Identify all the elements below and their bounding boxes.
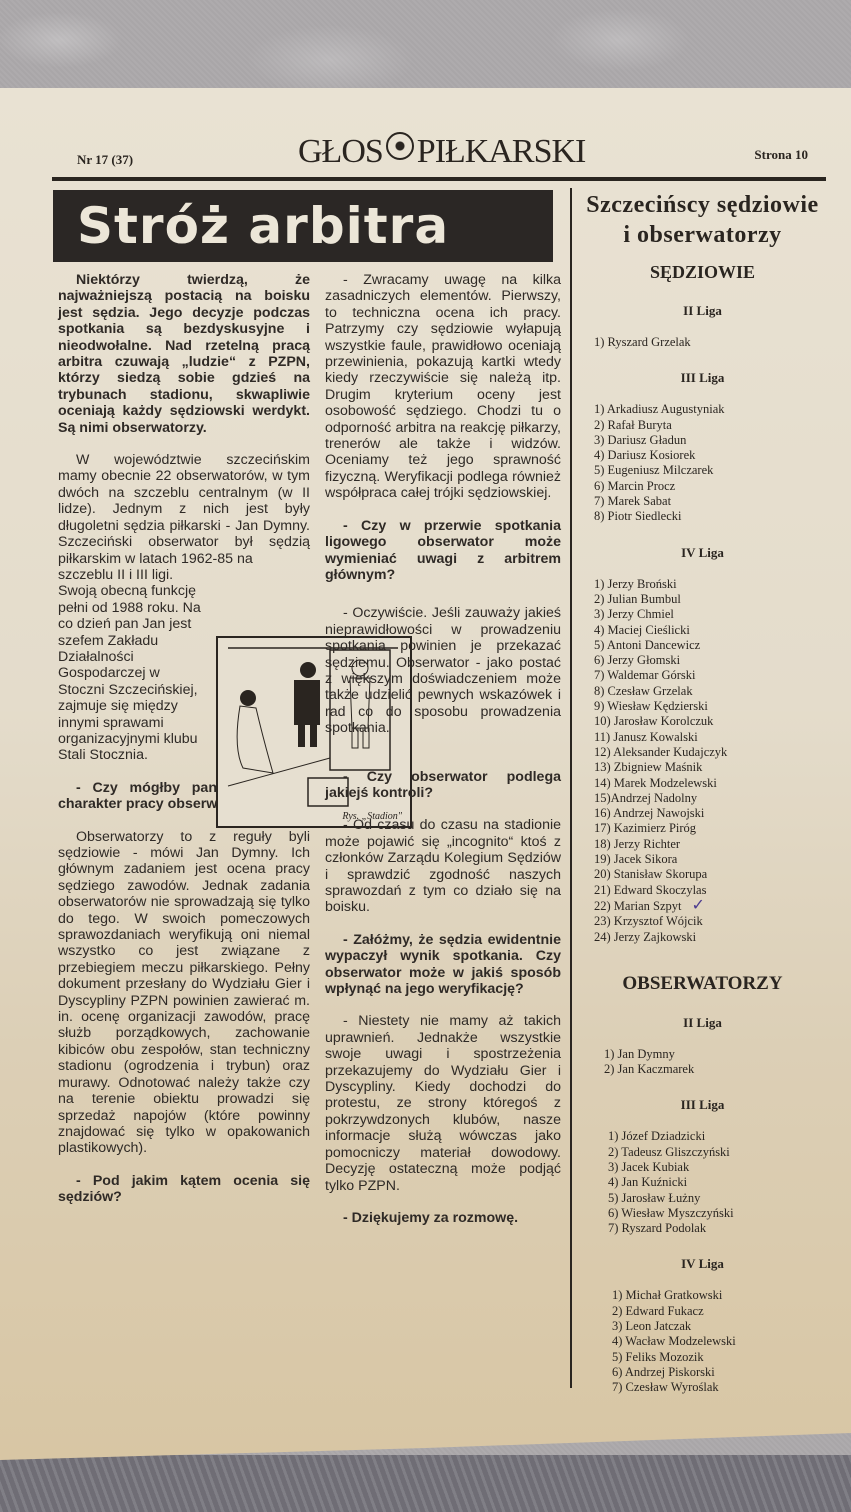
list-item: 6) Andrzej Piskorski (612, 1365, 825, 1380)
list-item: 5) Eugeniusz Milczarek (594, 463, 825, 478)
list-item: 9) Wiesław Kędzierski (594, 699, 825, 714)
list-item: 4) Maciej Cieślicki (594, 623, 825, 638)
league-heading: II Liga (580, 1015, 825, 1031)
column-divider (570, 188, 572, 1388)
article-paragraph-wrapped: szczeblu II i III ligi. Swoją obecną fun… (58, 567, 208, 764)
list-item: 1) Józef Dziadzicki (608, 1129, 825, 1144)
list-item: 6) Marcin Procz (594, 479, 825, 494)
list-item: 7) Waldemar Górski (594, 668, 825, 683)
list-item: 7) Ryszard Podolak (608, 1221, 825, 1236)
list-item: 11) Janusz Kowalski (594, 730, 825, 745)
list-item: 13) Zbigniew Maśnik (594, 760, 825, 775)
list-item: 3) Jacek Kubiak (608, 1160, 825, 1175)
list-item: 2) Jan Kaczmarek (604, 1062, 825, 1077)
interview-question: - Załóżmy, że sędzia ewidentnie wypaczył… (325, 932, 561, 998)
list-item: 2) Julian Bumbul (594, 592, 825, 607)
list-item: 8) Czesław Grzelak (594, 684, 825, 699)
article-paragraph: W województwie szczecińskim mamy obecnie… (58, 452, 310, 567)
league-heading: IV Liga (580, 545, 825, 561)
interview-question: - Pod jakim kątem ocenia się sędziów? (58, 1173, 310, 1206)
football-icon (386, 132, 414, 160)
league-heading: II Liga (580, 303, 825, 319)
league-heading: III Liga (580, 370, 825, 386)
list-item: 6) Jerzy Głomski (594, 653, 825, 668)
referee-list-ii-liga: 1) Ryszard Grzelak (580, 335, 825, 350)
issue-number: Nr 17 (37) (77, 152, 133, 168)
referees-heading: SĘDZIOWIE (580, 262, 825, 283)
article-paragraph: - Od czasu do czasu na stadionie może po… (325, 817, 561, 915)
article-lead: Niektórzy twierdzą, że najważniejszą pos… (58, 272, 310, 436)
checkmark-icon: ✓ (691, 897, 704, 914)
article-paragraph: - Niestety nie mamy aż takich uprawnień.… (325, 1013, 561, 1193)
masthead: Nr 17 (37) GŁOSPIŁKARSKI Strona 10 (52, 132, 822, 176)
list-item: 6) Wiesław Myszczyński (608, 1206, 825, 1221)
list-item: 4) Jan Kuźnicki (608, 1175, 825, 1190)
list-item: 2) Edward Fukacz (612, 1304, 825, 1319)
article-headline: Stróż arbitra (53, 190, 553, 262)
list-item: 2) Tadeusz Gliszczyński (608, 1145, 825, 1160)
list-item: 2) Rafał Buryta (594, 418, 825, 433)
list-item: 7) Czesław Wyroślak (612, 1380, 825, 1395)
list-item: 3) Jerzy Chmiel (594, 607, 825, 622)
list-item: 7) Marek Sabat (594, 494, 825, 509)
referee-list-iii-liga: 1) Arkadiusz Augustyniak 2) Rafał Buryta… (580, 402, 825, 524)
referee-list-iv-liga: 1) Jerzy Broński 2) Julian Bumbul 3) Jer… (580, 577, 825, 945)
list-item: 10) Jarosław Korolczuk (594, 714, 825, 729)
list-item: 4) Dariusz Kosiorek (594, 448, 825, 463)
interview-question: - Czy w przerwie spotkania ligowego obse… (325, 518, 561, 584)
list-item: 1) Jerzy Broński (594, 577, 825, 592)
list-item: 5) Jarosław Łużny (608, 1191, 825, 1206)
masthead-rule (52, 177, 826, 181)
newspaper-title: GŁOSPIŁKARSKI (298, 132, 585, 172)
list-item: 1) Michał Gratkowski (612, 1288, 825, 1303)
sidebar-roster: Szczecińscy sędziowie i obserwatorzy SĘD… (580, 190, 825, 1396)
interview-closing: - Dziękujemy za rozmowę. (325, 1210, 561, 1226)
list-item: 1) Ryszard Grzelak (594, 335, 825, 350)
observer-list-ii-liga: 1) Jan Dymny 2) Jan Kaczmarek (580, 1047, 825, 1078)
list-item: 17) Kazimierz Piróg (594, 821, 825, 836)
list-item: 1) Jan Dymny (604, 1047, 825, 1062)
list-item: 8) Piotr Siedlecki (594, 509, 825, 524)
list-item: 24) Jerzy Zajkowski (594, 930, 825, 945)
list-item-marked: 22) Marian Szpyt✓ (594, 898, 825, 914)
league-heading: IV Liga (580, 1256, 825, 1272)
list-item: 16) Andrzej Nawojski (594, 806, 825, 821)
list-item-text: 22) Marian Szpyt (594, 899, 681, 913)
observer-list-iv-liga: 1) Michał Gratkowski 2) Edward Fukacz 3)… (580, 1288, 825, 1395)
list-item: 14) Marek Modzelewski (594, 776, 825, 791)
observers-heading: OBSERWATORZY (580, 973, 825, 995)
article-paragraph: Obserwatorzy to z reguły byli sędziowie … (58, 829, 310, 1157)
article-paragraph-wrapped: - Oczywiście. Jeśli zauważy jakieś niepr… (325, 605, 561, 736)
league-heading: III Liga (580, 1097, 825, 1113)
title-right: PIŁKARSKI (417, 133, 586, 170)
tablecloth-background (0, 1455, 851, 1512)
list-item: 15)Andrzej Nadolny (594, 791, 825, 806)
sidebar-title: Szczecińscy sędziowie i obserwatorzy (580, 190, 825, 250)
list-item: 21) Edward Skoczylas (594, 883, 825, 898)
observer-list-iii-liga: 1) Józef Dziadzicki 2) Tadeusz Gliszczyń… (580, 1129, 825, 1236)
list-item: 18) Jerzy Richter (594, 837, 825, 852)
list-item: 5) Feliks Mozozik (612, 1350, 825, 1365)
list-item: 3) Dariusz Gładun (594, 433, 825, 448)
list-item: 12) Aleksander Kudajczyk (594, 745, 825, 760)
list-item: 4) Wacław Modzelewski (612, 1334, 825, 1349)
title-left: GŁOS (298, 133, 383, 170)
article-paragraph: - Zwracamy uwagę na kilka zasadniczych e… (325, 272, 561, 502)
page-number: Strona 10 (754, 147, 808, 163)
interview-question: - Czy obserwator podlega jakiejś kontrol… (325, 769, 561, 802)
article-column-2: - Zwracamy uwagę na kilka zasadniczych e… (325, 272, 561, 1242)
list-item: 5) Antoni Dancewicz (594, 638, 825, 653)
list-item: 3) Leon Jatczak (612, 1319, 825, 1334)
list-item: 23) Krzysztof Wójcik (594, 914, 825, 929)
list-item: 19) Jacek Sikora (594, 852, 825, 867)
list-item: 20) Stanisław Skorupa (594, 867, 825, 882)
list-item: 1) Arkadiusz Augustyniak (594, 402, 825, 417)
